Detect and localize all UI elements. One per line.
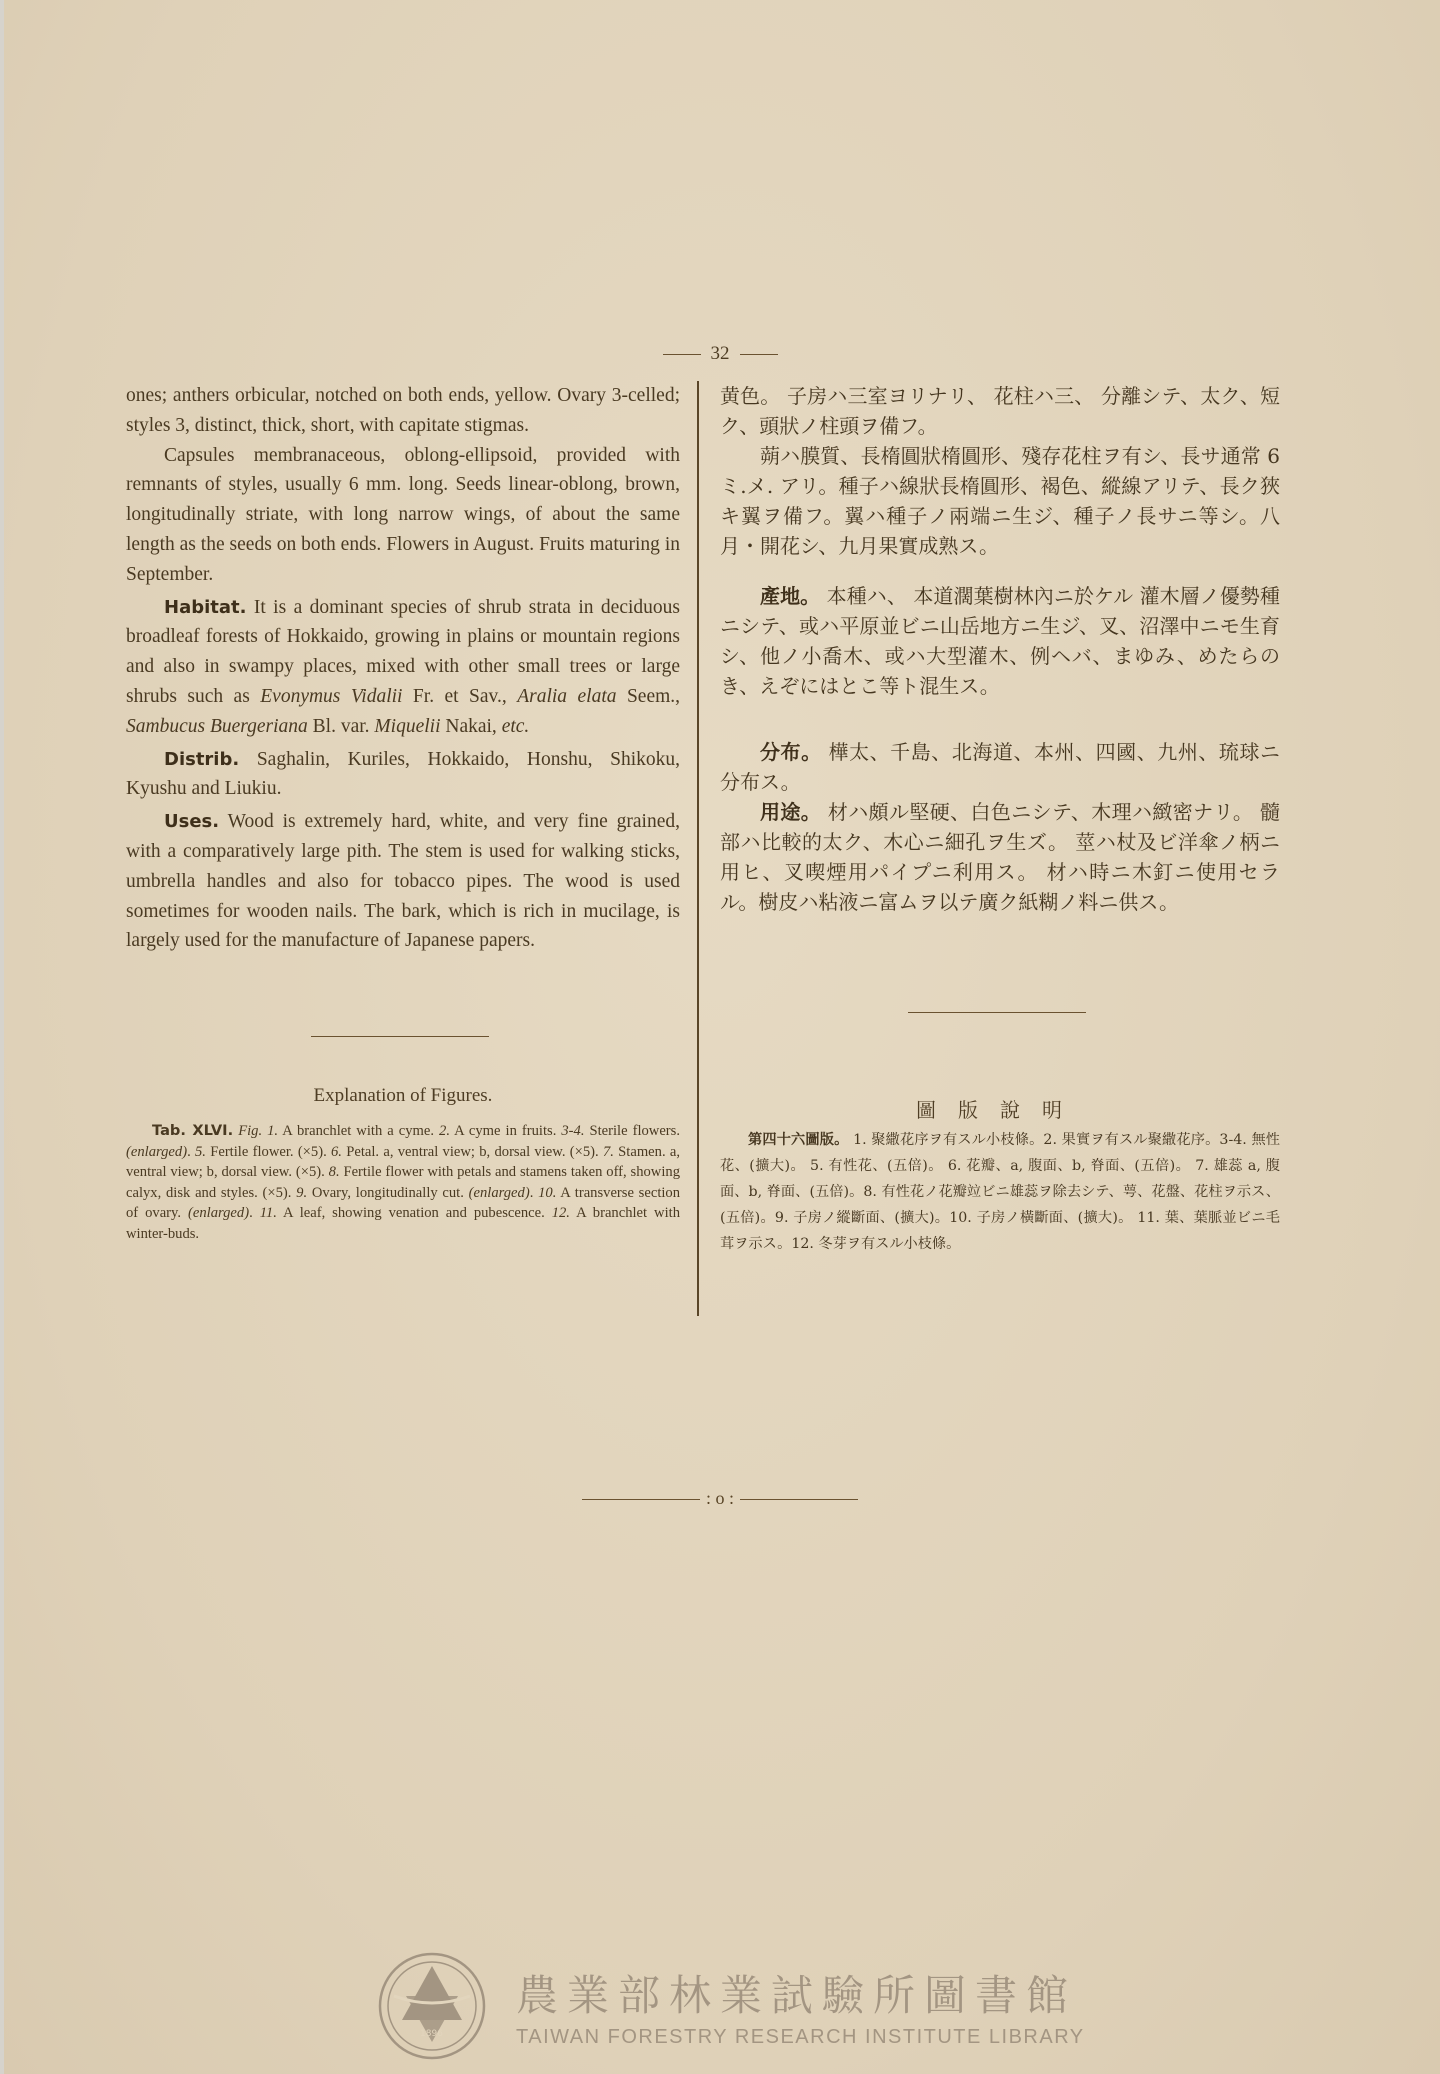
figure-number: 8. [329,1164,340,1180]
figure-punct: . [187,1144,195,1160]
figures-text-japanese: 第四十六圖版。 1. 聚繖花序ヲ有スル小枝條。2. 果實ヲ有スル聚繖花序。3-4… [720,1127,1280,1257]
figure-caption: Ovary, longitudinally cut. [307,1185,469,1201]
jp-description-paragraph-1: 黄色。 子房ハ三室ヨリナリ、 花柱ハ三、 分離シテ、太ク、短ク、頭狀ノ柱頭ヲ備フ… [720,381,1280,441]
library-name-english: TAIWAN FORESTRY RESEARCH INSTITUTE LIBRA… [516,2026,1085,2049]
jp-tab-label: 第四十六圖版。 [748,1132,848,1148]
description-paragraph-2: Capsules membranaceous, oblong-ellipsoid… [126,441,680,590]
seal-year: 1896 [420,2029,443,2039]
figure-note: (enlarged) [469,1185,530,1201]
figure-number: 9. [296,1185,307,1201]
scan-edge [0,0,4,2074]
figure-punct: . [249,1205,260,1221]
page-number-dash-left [663,354,701,355]
english-column: ones; anthers orbicular, notched on both… [126,381,680,956]
description-paragraph-1: ones; anthers orbicular, notched on both… [126,381,680,441]
figure-number: 10. [538,1185,556,1201]
library-name-chinese: 農業部林業試驗所圖書館 [516,1972,1085,2020]
figure-caption: A branchlet with a cyme. [278,1123,439,1139]
figure-number: 12. [552,1205,570,1221]
jp-description-paragraph-2: 蒴ハ膜質、長楕圓狀楕圓形、殘存花柱ヲ有シ、長サ通常 6 ミ.メ. アリ。種子ハ線… [720,441,1280,561]
figure-number: 2. [439,1123,450,1139]
species-name: Sambucus Buergeriana [126,716,308,737]
figure-caption: Petal. a, ventral view; b, dorsal view. … [342,1144,603,1160]
figures-text-english: Tab. XLVI. Fig. 1. A branchlet with a cy… [126,1121,680,1245]
figure-number: 3-4. [561,1123,584,1139]
figure-note: (enlarged) [188,1205,249,1221]
habitat-heading: Habitat. [164,597,246,618]
distribution-paragraph: Distrib. Saghalin, Kuriles, Hokkaido, Ho… [126,745,680,805]
figure-caption: Sterile flowers. [584,1123,680,1139]
institute-seal-icon: 1896 [376,1950,488,2062]
jp-distribution-heading: 分布。 [760,740,822,764]
species-name: Miquelii [374,716,440,737]
section-rule-japanese [908,1012,1086,1013]
uses-heading: Uses. [164,811,219,832]
figure-number: 6. [331,1144,342,1160]
figure-note: (enlarged) [126,1144,187,1160]
habitat-text: Fr. et Sav., [402,686,517,707]
habitat-paragraph: Habitat. It is a dominant species of shr… [126,593,680,742]
figure-number: 5. [195,1144,206,1160]
figure-caption: A leaf, showing venation and pubescence. [277,1205,552,1221]
figure-caption: A cyme in fruits. [450,1123,561,1139]
page-number-dash-right [740,354,778,355]
distribution-heading: Distrib. [164,749,239,770]
habitat-text: Nakai, [441,716,502,737]
figures-title-english: Explanation of Figures. [126,1085,680,1107]
jp-habitat-paragraph: 產地。 本種ハ、 本道濶葉樹林內ニ於ケル 灌木層ノ優勢種ニシテ、或ハ平原並ビニ山… [720,581,1280,701]
page-number-text: 32 [711,343,730,364]
species-name: Evonymus Vidalii [260,686,402,707]
figure-punct: . [530,1185,538,1201]
uses-text: Wood is extremely hard, white, and very … [126,811,680,951]
ornament-center: : o : [706,1488,734,1508]
habitat-text: Bl. var. [308,716,375,737]
jp-uses-paragraph: 用途。 材ハ頗ル堅硬、白色ニシテ、木理ハ緻密ナリ。 髓部ハ比較的太ク、木心ニ細孔… [720,797,1280,917]
page-number: 32 [0,343,1440,365]
column-divider [697,381,699,1316]
ornament-line-left [582,1499,700,1500]
jp-uses-heading: 用途。 [760,800,821,824]
figure-number: 7. [603,1144,614,1160]
habitat-text: Seem., [617,686,681,707]
figure-number: 11. [260,1205,277,1221]
jp-distribution-paragraph: 分布。 樺太、千島、北海道、本州、四國、九州、琉球ニ分布ス。 [720,737,1280,797]
library-watermark: 農業部林業試驗所圖書館 TAIWAN FORESTRY RESEARCH INS… [516,1972,1085,2049]
section-rule-english [311,1036,489,1037]
figure-caption: Fertile flower. (×5). [206,1144,331,1160]
japanese-column: 黄色。 子房ハ三室ヨリナリ、 花柱ハ三、 分離シテ、太ク、短ク、頭狀ノ柱頭ヲ備フ… [720,381,1280,917]
ornament-line-right [740,1499,858,1500]
jp-figure-captions: 1. 聚繖花序ヲ有スル小枝條。2. 果實ヲ有スル聚繖花序。3-4. 無性花、(擴… [720,1132,1280,1252]
jp-habitat-heading: 產地。 [760,584,820,608]
etc-text: etc. [502,716,530,737]
end-ornament: : o : [0,1488,1440,1509]
figures-title-japanese: 圖版說明 [720,1094,1280,1123]
uses-paragraph: Uses. Wood is extremely hard, white, and… [126,807,680,956]
tab-label: Tab. XLVI. [152,1122,233,1139]
species-name: Aralia elata [517,686,616,707]
fig-label: Fig. 1. [238,1123,278,1139]
